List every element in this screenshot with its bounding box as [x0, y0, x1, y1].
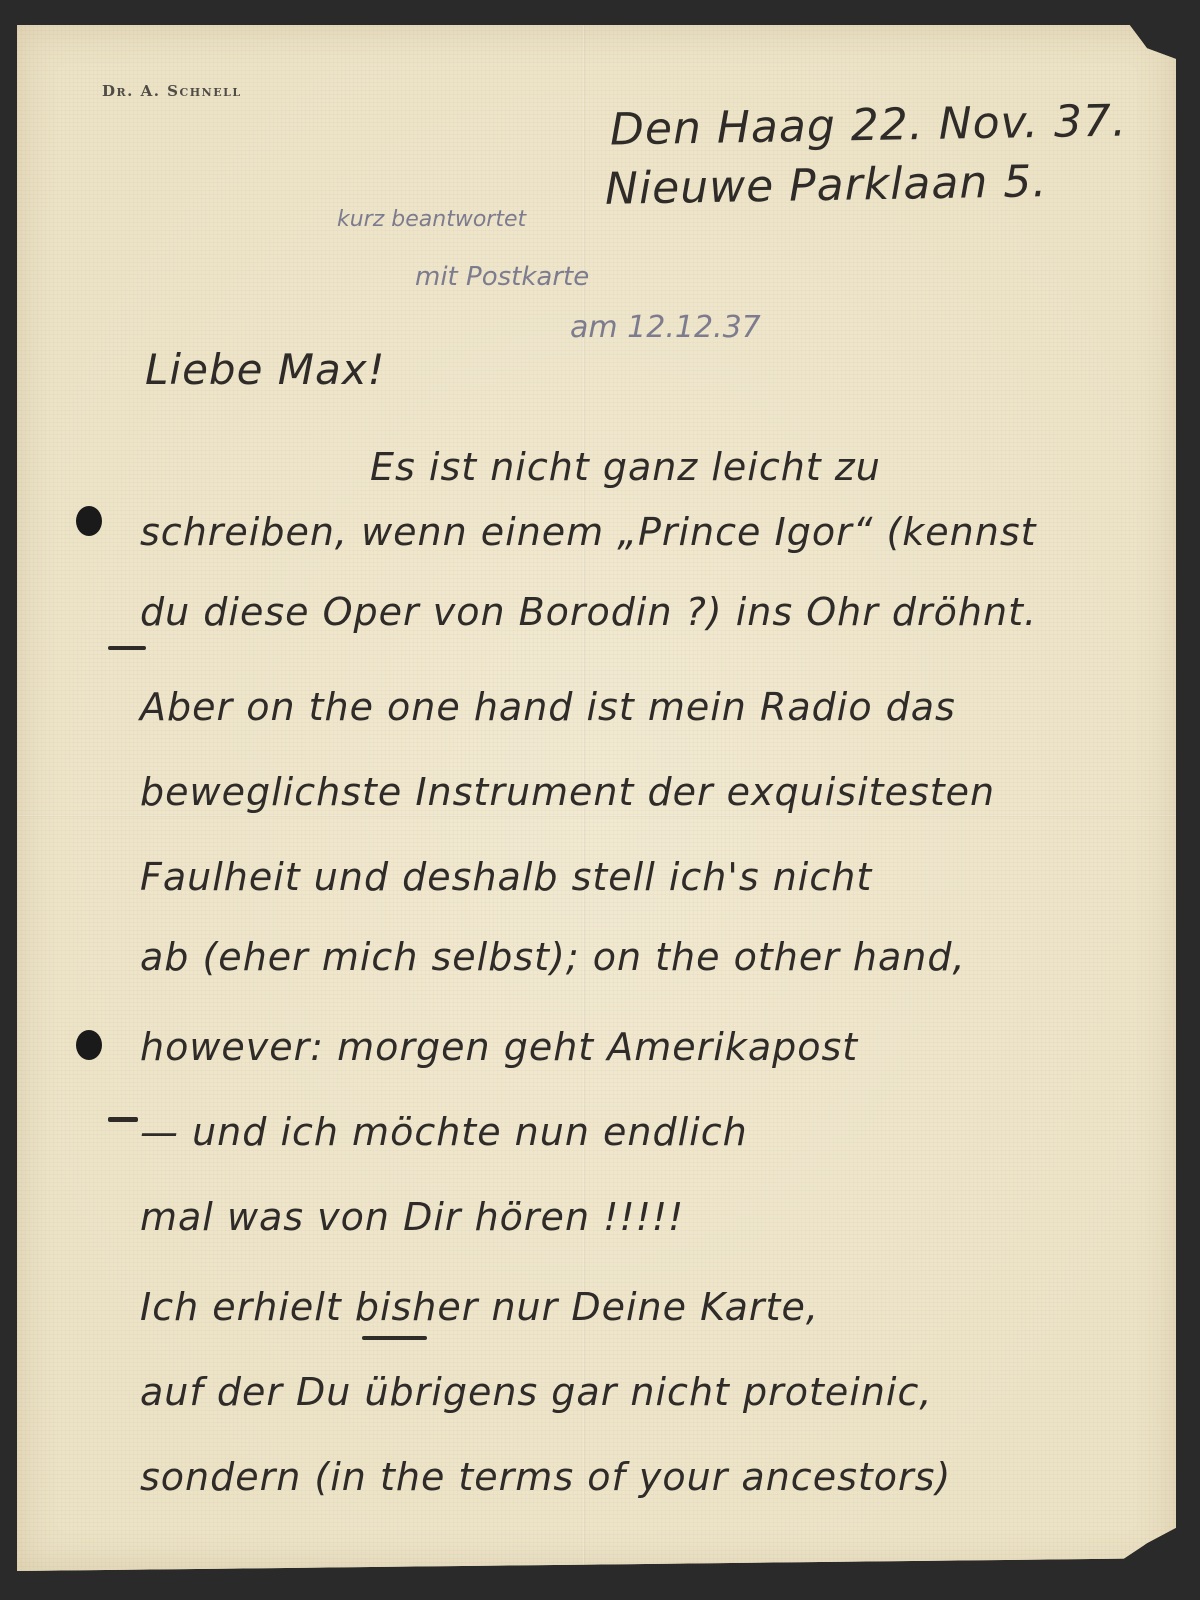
pencil-annotation-line-3: am 12.12.37	[570, 310, 761, 345]
body-line: Ich erhielt bisher nur Deine Karte,	[140, 1285, 819, 1329]
salutation: Liebe Max!	[145, 345, 385, 394]
body-line: mal was von Dir hören !!!!!	[140, 1195, 684, 1239]
body-line: Faulheit und deshalb stell ich's nicht	[140, 855, 872, 899]
body-line: Aber on the one hand ist mein Radio das	[140, 685, 956, 729]
pencil-annotation-line-1: kurz beantwortet	[337, 207, 526, 232]
punch-hole-lower	[76, 1030, 102, 1060]
punch-hole-upper	[76, 506, 102, 536]
body-line: beweglichste Instrument der exquisiteste…	[140, 770, 995, 814]
letterhead: Dr. A. Schnell	[102, 82, 242, 100]
body-line: Es ist nicht ganz leicht zu	[370, 445, 881, 489]
underline-nur	[362, 1336, 427, 1340]
body-line: auf der Du übrigens gar nicht proteinic,	[140, 1370, 932, 1414]
pencil-annotation-line-2: mit Postkarte	[415, 262, 589, 292]
body-line: schreiben, wenn einem „Prince Igor“ (ken…	[140, 510, 1037, 554]
body-line: sondern (in the terms of your ancestors)	[140, 1455, 951, 1499]
horizontal-fold-crease	[17, 815, 1176, 817]
address-line: Nieuwe Parklaan 5.	[605, 156, 1048, 215]
underline-du	[108, 646, 146, 650]
body-line: ab (eher mich selbst); on the other hand…	[140, 935, 966, 979]
body-line: however: morgen geht Amerikapost	[140, 1025, 858, 1069]
date-line: Den Haag 22. Nov. 37.	[610, 95, 1128, 155]
dash-mark	[108, 1117, 138, 1122]
body-line: — und ich möchte nun endlich	[140, 1110, 748, 1154]
body-line: du diese Oper von Borodin ?) ins Ohr drö…	[140, 590, 1037, 634]
